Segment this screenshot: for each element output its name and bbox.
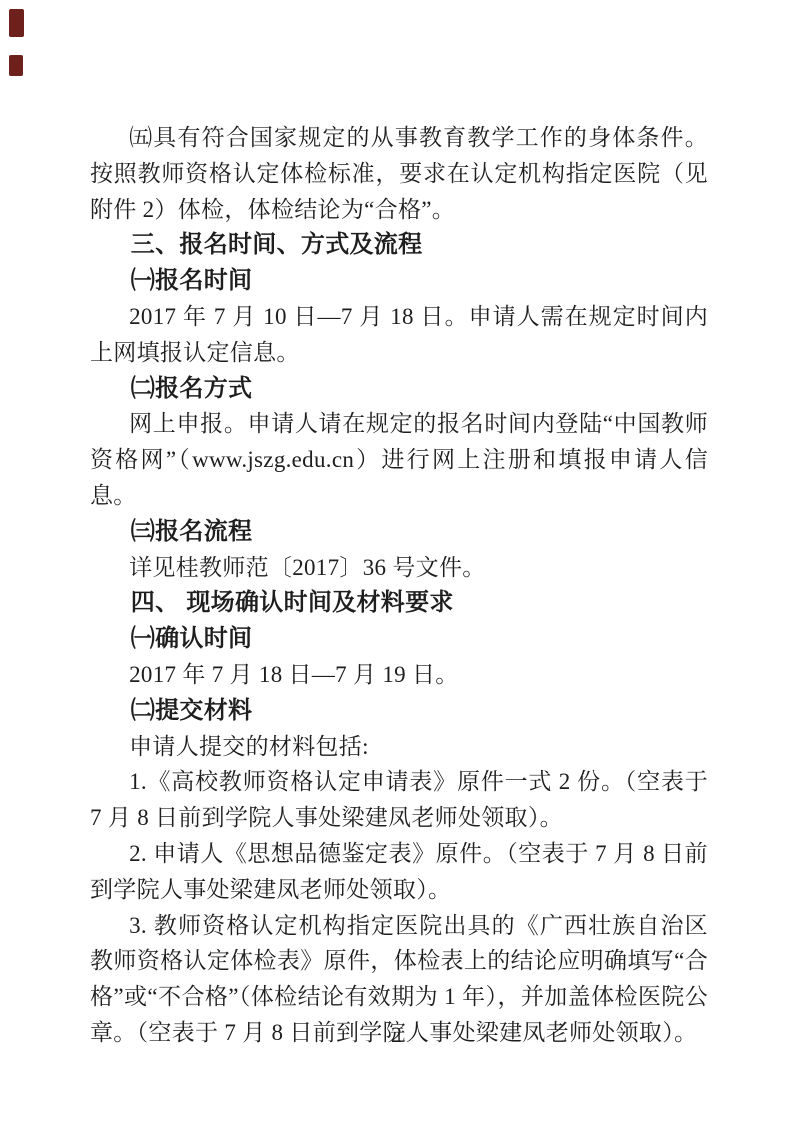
paragraph: 2017 年 7 月 18 日—7 月 19 日。 xyxy=(90,657,708,693)
sub-section-heading: ㈢报名流程 xyxy=(90,514,708,550)
section-heading: 三、报名时间、方式及流程 xyxy=(90,227,708,263)
document-page: ㈤具有符合国家规定的从事教育教学工作的身体条件。按照教师资格认定体检标准，要求在… xyxy=(0,0,793,1122)
paragraph: 申请人提交的材料包括: xyxy=(90,729,708,765)
paragraph: 网上申报。申请人请在规定的报名时间内登陆“中国教师资格网”（www.jszg.e… xyxy=(90,406,708,513)
page-number: 2 xyxy=(0,1022,793,1048)
paragraph: 2017 年 7 月 10 日—7 月 18 日。申请人需在规定时间内上网填报认… xyxy=(90,299,708,371)
sub-section-heading: ㈠报名时间 xyxy=(90,263,708,299)
scan-artifact-mark-top xyxy=(9,9,24,37)
paragraph: 详见桂教师范〔2017〕36 号文件。 xyxy=(90,550,708,586)
document-body: ㈤具有符合国家规定的从事教育教学工作的身体条件。按照教师资格认定体检标准，要求在… xyxy=(90,120,708,1051)
sub-section-heading: ㈡提交材料 xyxy=(90,693,708,729)
section-heading: 四、 现场确认时间及材料要求 xyxy=(90,585,708,621)
paragraph: 2. 申请人《思想品德鉴定表》原件。（空表于 7 月 8 日前到学院人事处梁建凤… xyxy=(90,836,708,908)
paragraph: 1.《高校教师资格认定申请表》原件一式 2 份。（空表于 7 月 8 日前到学院… xyxy=(90,764,708,836)
paragraph: ㈤具有符合国家规定的从事教育教学工作的身体条件。按照教师资格认定体检标准，要求在… xyxy=(90,120,708,227)
scan-artifact-mark-bottom xyxy=(9,55,23,76)
sub-section-heading: ㈡报名方式 xyxy=(90,371,708,407)
sub-section-heading: ㈠确认时间 xyxy=(90,621,708,657)
